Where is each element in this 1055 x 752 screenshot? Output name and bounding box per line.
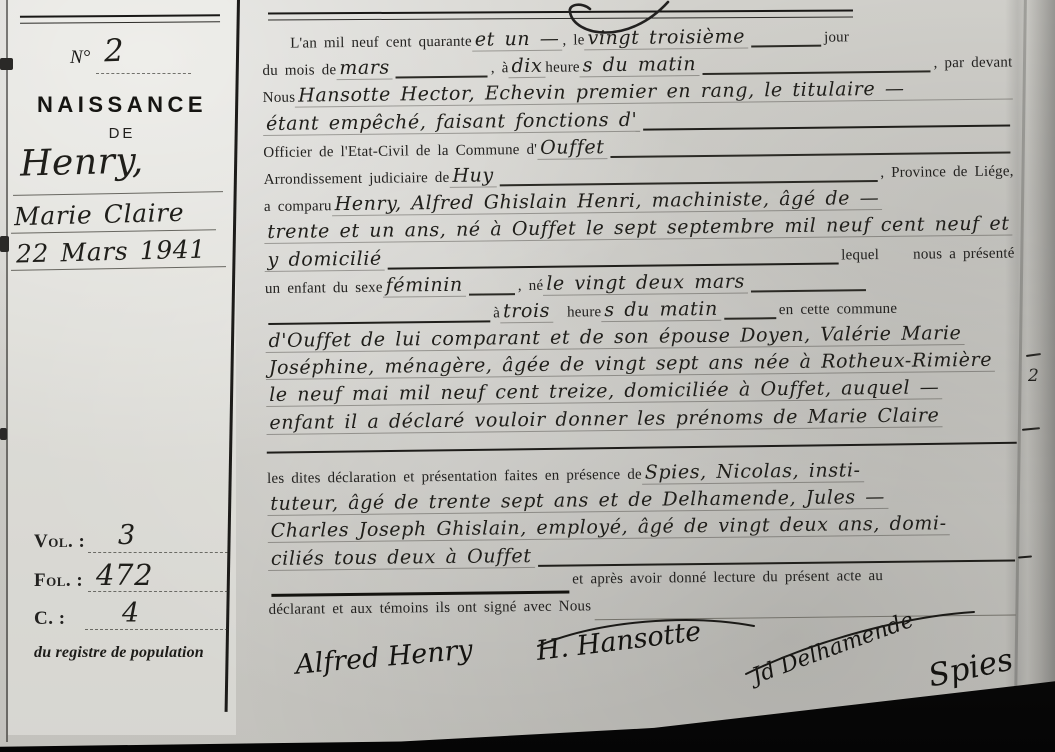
- vol-line: [88, 551, 228, 553]
- fill-line: [271, 590, 569, 596]
- fill-line: [643, 124, 1010, 130]
- fill-line: [702, 71, 930, 76]
- act-number-value: 2: [103, 33, 125, 70]
- fol-label: Fol. :: [34, 570, 83, 592]
- printed-text: les dites déclaration et présentation fa…: [267, 467, 642, 488]
- signature-flourish: [530, 612, 760, 652]
- fill-line: [396, 76, 488, 79]
- fill-line: [751, 289, 866, 292]
- fill-line: [469, 293, 515, 296]
- handwritten-text: mars: [336, 57, 393, 81]
- printed-text: en cette commune: [779, 301, 898, 319]
- printed-text: du mois de: [262, 62, 336, 80]
- printed-text: , né: [518, 278, 544, 295]
- printed-text: Nous: [263, 90, 296, 107]
- page-left-edge-line: [6, 0, 8, 742]
- handwritten-text: Huy: [449, 164, 497, 188]
- handwritten-text: y domicilié: [264, 247, 384, 271]
- printed-text: lequel: [841, 247, 879, 264]
- printed-text: et après avoir donné lecture du présent …: [572, 568, 883, 589]
- printed-text: Arrondissement judiciaire de: [264, 170, 450, 189]
- handwritten-text: Ouffet: [537, 136, 608, 160]
- printed-text: , à: [491, 60, 509, 77]
- binding-mark: [0, 428, 7, 440]
- binding-mark: [0, 58, 13, 70]
- fill-line: [268, 320, 490, 325]
- fill-line: [388, 262, 838, 269]
- fill-line: [538, 559, 1015, 566]
- printed-text: L'an mil neuf cent quarante: [290, 34, 472, 53]
- handwritten-text: le vingt deux mars: [543, 270, 748, 295]
- printed-text: un enfant du sexe: [265, 279, 383, 297]
- signature-flourish: [740, 608, 980, 678]
- record-of-label: DE: [109, 125, 136, 142]
- scanned-birth-record: N° 2 NAISSANCE DE Henry, Marie Claire 22…: [0, 0, 1055, 752]
- binding-mark: [0, 236, 9, 252]
- fol-line: [88, 590, 228, 592]
- record-type-title: NAISSANCE: [37, 92, 207, 118]
- printed-text: heure: [545, 60, 580, 77]
- handwritten-text: féminin: [383, 273, 466, 297]
- c-label: C. :: [34, 608, 66, 630]
- vol-value: 3: [118, 520, 136, 551]
- handwritten-text: s du matin: [580, 53, 700, 77]
- printed-text: a comparu: [264, 198, 332, 216]
- handwritten-text: trois: [500, 300, 553, 324]
- child-forenames: Marie Claire: [14, 198, 185, 231]
- top-rule-margin: [20, 14, 220, 23]
- handwritten-text: Henry, Alfred Ghislain Henri, machiniste…: [332, 187, 883, 216]
- act-number-label: N°: [70, 47, 90, 69]
- handwritten-text: ciliés tous deux à Ouffet: [268, 545, 535, 571]
- c-line: [85, 628, 228, 630]
- fill-line: [500, 180, 878, 186]
- handwritten-text: étant empêché, faisant fonctions d': [263, 108, 641, 135]
- handwritten-text: vingt troisième: [584, 25, 748, 50]
- printed-text: nous a présenté: [913, 245, 1015, 263]
- printed-text: jour: [824, 29, 849, 46]
- c-value: 4: [122, 598, 140, 629]
- handwritten-text: et un —: [472, 28, 563, 52]
- birth-date-margin: 22 Mars 1941: [16, 235, 207, 269]
- handwritten-text: dix: [508, 55, 545, 78]
- child-surname: Henry,: [19, 140, 144, 184]
- register-note: du registre de population: [34, 644, 204, 662]
- handwritten-text: Spies, Nicolas, insti-: [642, 459, 864, 485]
- signature-declarant: Alfred Henry: [294, 634, 474, 680]
- printed-text: Officier de l'Etat-Civil de la Commune d…: [263, 142, 537, 162]
- fol-value: 472: [96, 558, 153, 592]
- number-underline: [96, 72, 191, 74]
- horizontal-rule: [267, 442, 1017, 454]
- printed-text: , le: [562, 32, 584, 49]
- page-fold-shading: [1005, 0, 1055, 752]
- printed-text: , Province de Liége,: [880, 163, 1014, 182]
- printed-text: , par devant: [934, 55, 1013, 73]
- printed-text: heure: [567, 304, 602, 321]
- fill-line: [751, 45, 821, 48]
- fill-line: [724, 317, 776, 320]
- fill-line: [611, 151, 1011, 158]
- handwritten-text: s du matin: [601, 298, 721, 322]
- vol-label: Vol. :: [34, 531, 85, 553]
- act-body-text: L'an mil neuf cent quaranteet un —, levi…: [262, 22, 1019, 629]
